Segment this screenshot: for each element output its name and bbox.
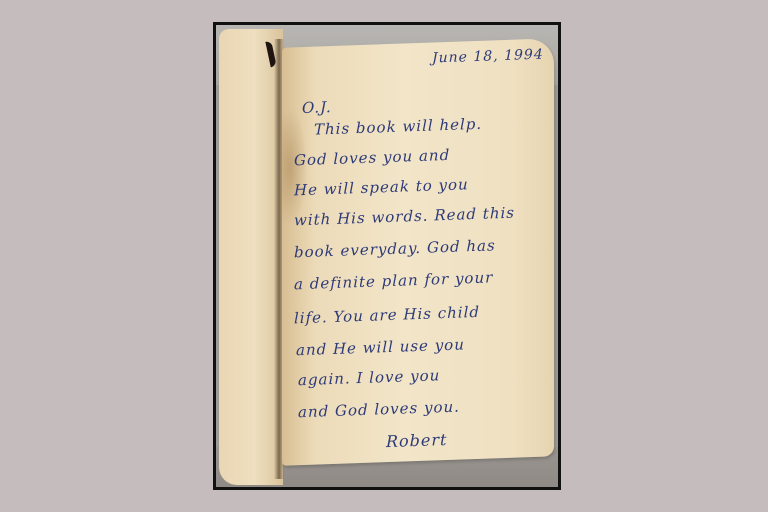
note-line: again. I love you — [298, 366, 440, 389]
note-line: God loves you and — [294, 146, 450, 169]
photo-frame: June 18, 1994 O.J. This book will help. … — [213, 22, 561, 490]
note-date: June 18, 1994 — [432, 47, 544, 67]
note-line: He will speak to you — [294, 175, 469, 199]
note-line: with His words. Read this — [294, 204, 515, 230]
note-salutation: O.J. — [302, 98, 332, 117]
note-line: This book will help. — [314, 115, 482, 139]
note-line: life. You are His child — [294, 303, 480, 327]
right-page: June 18, 1994 O.J. This book will help. … — [282, 38, 554, 465]
note-line: and God loves you. — [298, 398, 460, 422]
note-line: and He will use you — [296, 335, 465, 359]
note-line: a definite plan for your — [294, 268, 493, 293]
note-line: book everyday. God has — [294, 236, 496, 261]
note-signature: Robert — [386, 430, 447, 451]
